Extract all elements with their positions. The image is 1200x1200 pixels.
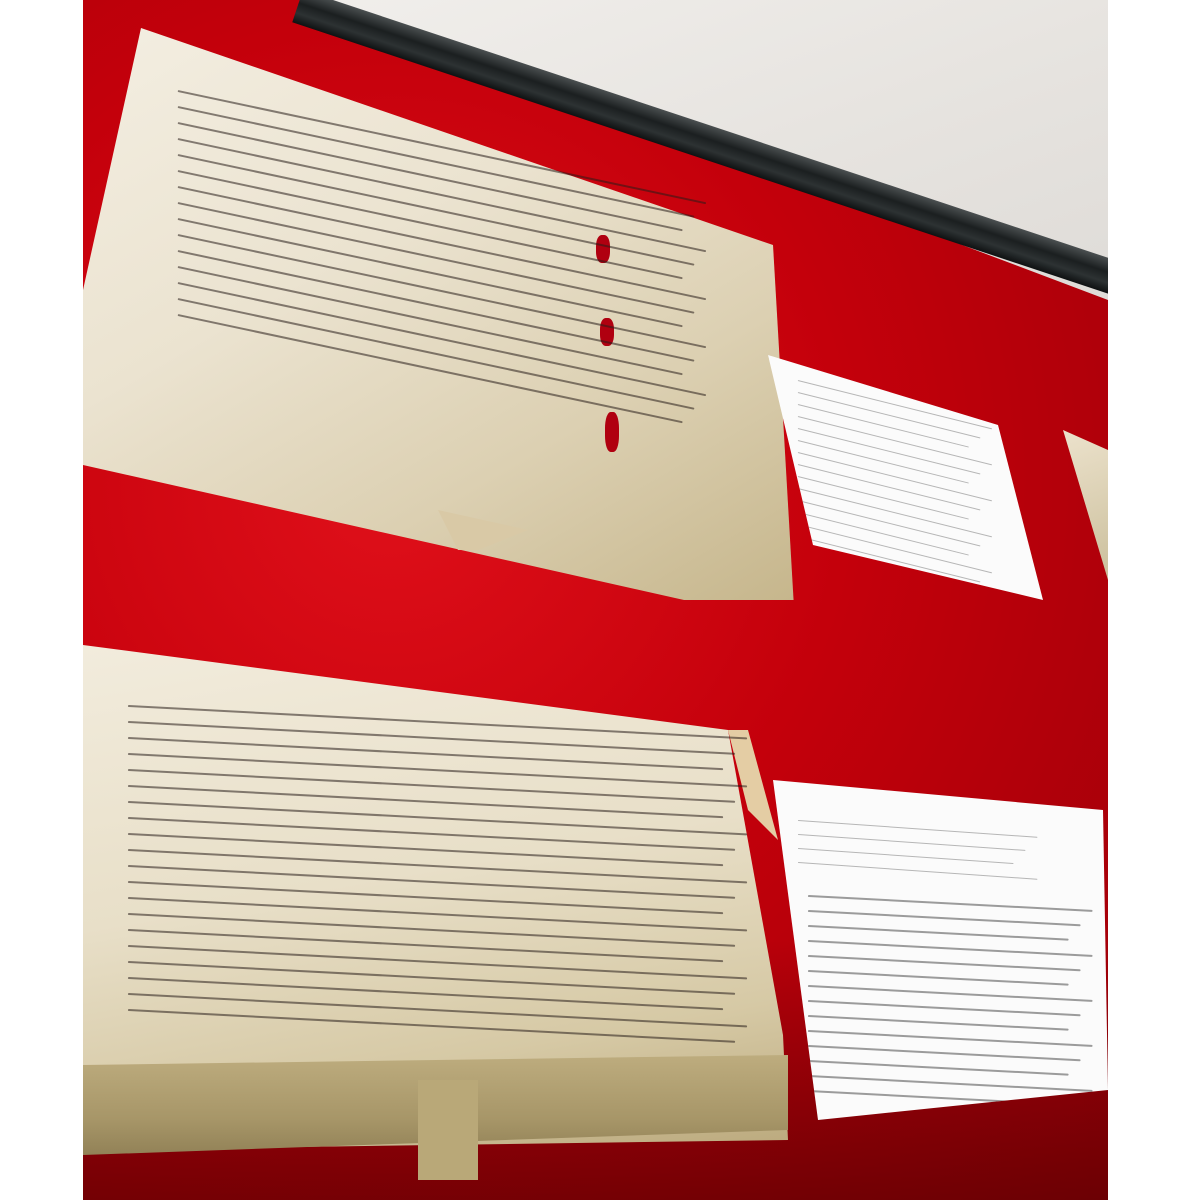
script-line <box>798 428 981 474</box>
script-line <box>808 1000 1081 1016</box>
script-line <box>808 955 1081 971</box>
script-line <box>808 1045 1081 1061</box>
script-line <box>798 834 1026 851</box>
script-line <box>808 970 1069 986</box>
script-line <box>798 464 981 510</box>
script-line <box>798 820 1037 838</box>
script-line <box>798 848 1014 864</box>
script-line <box>808 1060 1069 1076</box>
script-line <box>798 452 992 501</box>
script-line <box>808 1015 1069 1031</box>
script-line <box>808 1075 1093 1092</box>
script-line <box>798 488 992 537</box>
script-line <box>808 1030 1093 1047</box>
script-line <box>808 895 1093 912</box>
script-line <box>808 940 1093 957</box>
label-card-lower <box>773 780 1108 1120</box>
parchment-tie-tab <box>418 1080 478 1180</box>
script-line <box>798 404 969 448</box>
script-line <box>798 440 969 484</box>
script-line <box>798 862 1037 880</box>
wax-seal-tag <box>605 412 619 452</box>
script-line <box>808 985 1093 1002</box>
script-line <box>808 925 1069 941</box>
script-line <box>798 476 969 520</box>
script-line <box>808 910 1081 926</box>
script-line <box>798 500 981 546</box>
museum-showcase-photo <box>83 0 1108 1200</box>
script-line <box>798 416 992 465</box>
